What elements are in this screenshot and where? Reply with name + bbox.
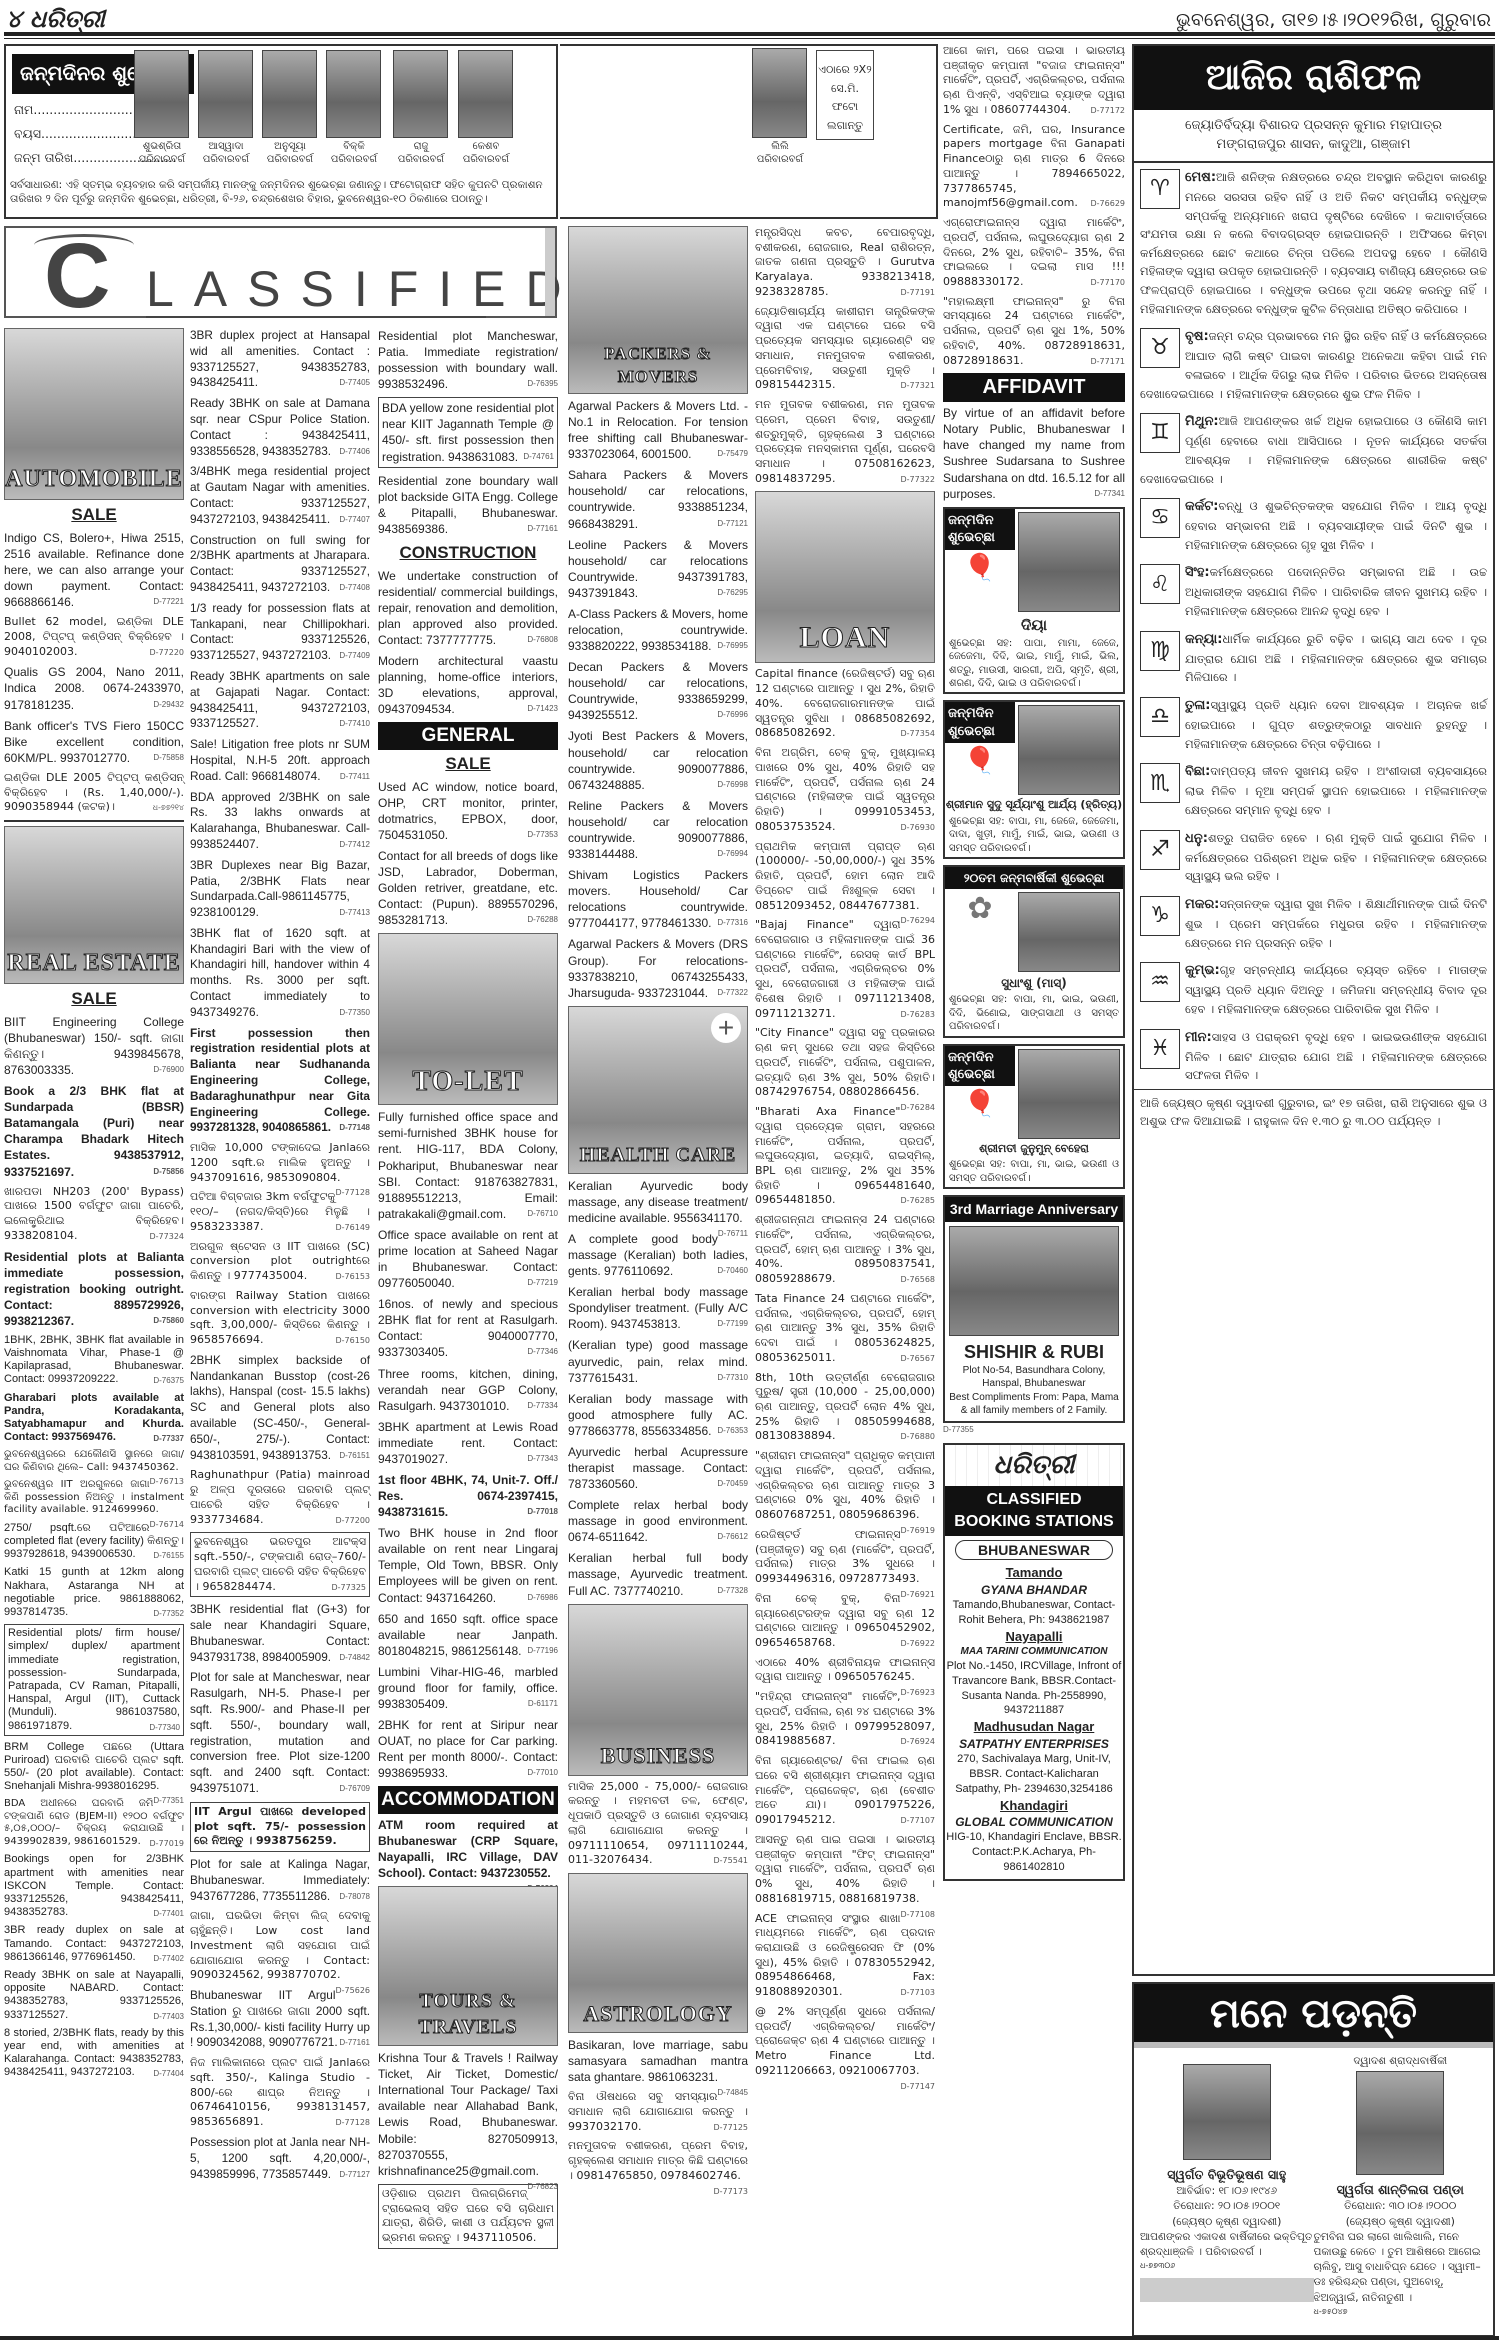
classified-ad: "Bajaj Finance" ଦ୍ୱାରା ବେରୋଜଗାର ଓ ମହିଳାମ… — [755, 918, 935, 1021]
classified-ad: "ଶ୍ରୀରାମ ଫାଇନାନ୍ସ" ପ୍ରାଧିକୃତ କମ୍ପାନୀ ଦ୍ୱ… — [755, 1449, 935, 1523]
classified-ad: Bank officer's TVS Fiero 150CC Bike exce… — [4, 718, 184, 766]
classified-ad: Keralian herbal full body massage, Ayurv… — [568, 1550, 748, 1598]
affidavit-notice: By virtue of an affidavit before Notary … — [943, 405, 1125, 501]
horoscope-scorpio: ♏ବିଛା:ଦାମ୍ପତ୍ୟ ଜୀବନ ସୁଖମୟ ରହିବ । ଅଂଶୀଦାର… — [1134, 757, 1493, 823]
ad-code: ଧ-୭୭୩୦୬ — [1140, 2260, 1314, 2272]
card-heading: ୨୦ତମ ଜନ୍ମବାର୍ଷିକୀ ଶୁଭେଚ୍ଛା — [945, 867, 1123, 889]
packers-label: PACKERS & MOVERS — [569, 343, 747, 389]
classified-ad: 3BHK apartment at Lewis Road immediate r… — [378, 1419, 558, 1467]
balloons-icon: 🎈 — [945, 1086, 1015, 1121]
classified-ad: Ready 3BHK apartments on sale at Gajapat… — [190, 669, 370, 732]
packers-image: PACKERS & MOVERS — [568, 226, 748, 394]
classified-ad: Indigo CS, Bolero+, Hiwa 2515, 2516 avai… — [4, 530, 184, 610]
classified-ad: Construction on full swing for 2/3BHK ap… — [190, 533, 370, 596]
classified-ad: ରେଜିଷ୍ଟର୍ଡ ଫାଇନାନ୍ସ (ପଞ୍ଜୀକୃତ) ସବୁ ଋଣ (ମ… — [755, 1528, 935, 1587]
classified-ad: BDA approved 2/3BHK on sale Rs. 33 lakhs… — [190, 790, 370, 853]
classified-ad: Residential plot Mancheswar, Patia. Imme… — [378, 328, 558, 392]
memorial-subtitle: ଦ୍ୱାଦଶ ଶ୍ରାଦ୍ଧବାର୍ଷିକୀ — [1314, 2054, 1488, 2069]
card-name: ଶ୍ରୀମାନ ସୁଦୁ ସୂର୍ଯ୍ୟାଂଶୁ ଆର୍ଯ୍ୟ (ହ୍ରିତ୍ୟ… — [945, 798, 1123, 813]
horoscope-gemini: ♊ମିଥୁନ:ଆଜି ଆପଣଙ୍କର ଖର୍ଚ୍ଚ ଅଧିକ ହୋଇପାରେ ଓ… — [1134, 407, 1493, 492]
classified-ad: We undertake construction of residential… — [378, 568, 558, 648]
station-details: HIG-10, Khandagiri Enclave, BBSR. Contac… — [945, 1830, 1123, 1879]
classified-ad: ବାରଙ୍ଗ Railway Station ପାଖରେ conversion … — [190, 1289, 370, 1348]
classified-ad: Krishna Tour & Travels ! Railway Ticket,… — [378, 2050, 558, 2179]
classified-ad: Possession plot at Janla near NH-5, 1200… — [190, 2135, 370, 2182]
card-wishes: ଶୁଭେଚ୍ଛା ସହ: ବାପା, ମା, ଭାଇ, ଭଉଣୀ ଓ ସମସ୍ତ… — [945, 1156, 1123, 1187]
horoscope-author: ଜ୍ୟୋତିର୍ବିଦ୍ୟା ବିଶାରଦ ପ୍ରସନ୍ନ କୁମାର ମହାପ… — [1134, 110, 1493, 163]
classified-ad: ମନ ମୁତାବକ ବଶୀକରଣ, ମନ ମୁତାବକ ପ୍ରେମ, ପ୍ରେମ… — [755, 398, 935, 486]
horoscope-pisces: ♓ମୀନ:ସାହସ ଓ ପରାକ୍ରମ ବୃଦ୍ଧି ହେବ । ଭାଇଭଉଣୀ… — [1134, 1023, 1493, 1089]
station-details: 270, Sachivalaya Marg, Unit-IV, BBSR. Co… — [945, 1752, 1123, 1797]
booking-stations-box: ଧରିତ୍ରୀ CLASSIFIED BOOKING STATIONS BHUB… — [943, 1443, 1125, 1881]
memorial-photo — [1183, 2064, 1271, 2160]
classified-ad: Ready 3BHK on sale at Nayapalli, opposit… — [4, 1969, 184, 2022]
taurus-icon: ♉ — [1140, 328, 1180, 368]
classified-ad: "ମହାଲକ୍ଷ୍ମୀ ଫାଇନାନ୍ସ" ରୁ ବିନା ସମସ୍ୟାରେ 2… — [943, 295, 1125, 369]
classified-ad: Modern architectural vaastu planning, ho… — [378, 653, 558, 717]
memorial-birth: ଆବିର୍ଭାବ: ୧୮।୦୬।୧୯୪୬ — [1140, 2184, 1314, 2199]
memorial-tithi: (ଜ୍ୟେଷ୍ଠ କୃଷ୍ଣ ଦ୍ୱାଦଶୀ) — [1314, 2215, 1488, 2230]
classified-word: LASSIFIED — [146, 256, 582, 323]
classified-ad: ଏଠାରେ 40% ଶ୍ରୀବିନାୟକ ଫାଇନାନ୍ସ ଦ୍ୱାରା ପାଆ… — [755, 1656, 935, 1685]
loan-image: LOAN — [755, 491, 935, 663]
station-name: SATPATHY ENTERPRISES — [945, 1736, 1123, 1752]
automobile-label: AUTOMOBILE — [5, 463, 183, 495]
classified-ad: Office space available on rent at prime … — [378, 1227, 558, 1291]
birthday-photo — [458, 50, 513, 138]
leo-icon: ♌ — [1140, 564, 1180, 604]
classified-ad: ମନମୁତାବକ ବଶୀକରଣ, ପ୍ରେମ ବିବାହ, ଗୃହକ୍ଲେଶ ସ… — [568, 2139, 748, 2183]
header-rule — [4, 32, 1495, 36]
couple-address: Plot No-54, Basundhara Colony, Hanspal, … — [945, 1364, 1123, 1391]
photo-caption: ଶୁଭଶ୍ରିତା ପରିବାରବର୍ଗ — [132, 140, 192, 167]
name-field[interactable]: ନାମ.......................... — [14, 102, 137, 119]
classified-ad: Bhubaneswar IIT Argul Station ରୁ ପାଖରେ ଜ… — [190, 1988, 370, 2051]
birthday-photo — [1018, 705, 1120, 795]
classified-ad: ଶ୍ରୀଜଗନ୍ନାଥ ଫାଇନାନ୍ସ 24 ଘଣ୍ଟାରେ ମାର୍କେଟି… — [755, 1213, 935, 1287]
classified-ad: 2BHK for rent at Siripur near OUAT, no p… — [378, 1717, 558, 1781]
station-details: Tamando,Bhubaneswar, Contact-Rohit Beher… — [945, 1598, 1123, 1628]
classified-ad: Tata Finance 24 ଘଣ୍ଟାରେ ମାର୍କେଟିଂ, ପର୍ସନ… — [755, 1292, 935, 1366]
column-construction-tolet: Residential plot Mancheswar, Patia. Imme… — [378, 328, 558, 2254]
grey-block — [1140, 2278, 1314, 2302]
construction-heading: CONSTRUCTION — [378, 542, 558, 565]
classified-ad: "ମହିନ୍ଦ୍ରା ଫାଇନାନ୍ସ" ମାର୍କେଟିଂ, ପ୍ରପର୍ଟି… — [755, 1690, 935, 1749]
station-area: Nayapalli — [945, 1628, 1123, 1646]
photo-caption: ଆସ୍ୱାଦା ପରିବାରବର୍ଗ — [196, 140, 256, 167]
classified-ad: Book a 2/3 BHK flat at Sundarpada (BBSR)… — [4, 1083, 184, 1179]
column-packers-health: PACKERS & MOVERS Agarwal Packers & Mover… — [568, 226, 748, 2197]
classified-ad: Contact for all breeds of dogs like JSD,… — [378, 848, 558, 928]
memorial-name: ସ୍ୱର୍ଗତ ବିଭୂତିଭୂଷଣ ସାହୁ — [1140, 2166, 1314, 2184]
accommodation-heading: ACCOMMODATION — [378, 1786, 558, 1813]
column-realestate-2: 3BR duplex project at Hansapal wid all a… — [190, 328, 370, 2187]
classified-ad: ଆସନ୍ତୁ ଋଣ ପାଇ ପଇସା । ଭାରତୀୟ ପଞ୍ଜୀକୃତ କମ୍… — [755, 1833, 935, 1907]
classified-ad: ବିନା ଚେକ୍ ବୁକ୍, ବିନା ଗ୍ୟାରେଣ୍ଟରଙ୍କ ଦ୍ୱାର… — [755, 1592, 935, 1651]
classified-ad: A-Class Packers & Movers, home relocatio… — [568, 606, 748, 654]
card-heading: ଜନ୍ମଦିନ ଶୁଭେଚ୍ଛା — [945, 702, 1015, 743]
photo-caption: ଅନୁସୂୟା ପରିବାରବର୍ଗ — [260, 140, 320, 167]
memorial-panel: ମନେ ପଡ଼ନ୍ତି ସ୍ୱର୍ଗତ ବିଭୂତିଭୂଷଣ ସାହୁ ଆବିର… — [1132, 1982, 1495, 2337]
birthday-photo — [134, 50, 189, 138]
realestate-image: REAL ESTATE — [4, 826, 184, 984]
aries-icon: ♈ — [1140, 169, 1180, 209]
anniversary-heading: 3rd Marriage Anniversary — [945, 1197, 1123, 1222]
classified-ad: @ 2% ସମ୍ପୂର୍ଣ୍ଣ ସୁଧରେ ପର୍ସନାଲ/ ପ୍ରପର୍ଟି/… — [755, 2005, 935, 2079]
classified-ad: Sale! Litigation free plots nr SUM Hospi… — [190, 737, 370, 784]
classified-ad: ନିଜ ମାଲିକାନାରେ ପ୍ଲଟ ପାଇଁ Janlaରେ sqft. 3… — [190, 2056, 370, 2130]
plus-icon: + — [711, 1013, 741, 1043]
classified-ad: Jyoti Best Packers & Movers, household/ … — [568, 728, 748, 792]
dateline: ଭୁବନେଶ୍ୱର, ତା୧୭।୫।୨୦୧୨ରିଖ, ଗୁରୁବାର — [1176, 8, 1491, 33]
general-heading: GENERAL — [378, 722, 558, 749]
ad-code: ଧ-୭୫୦୪୭ — [1314, 2306, 1488, 2318]
classified-ad: ଖାରପଡା NH203 (200' Bypass) ପାଖରେ 1500 ବର… — [4, 1185, 184, 1244]
sale-heading: SALE — [4, 504, 184, 527]
classified-ad: Agarwal Packers & Movers Ltd. - No.1 in … — [568, 398, 748, 462]
classified-ad: Decan Packers & Movers household/ car re… — [568, 659, 748, 723]
classified-ad: Reline Packers & Movers household/ car r… — [568, 798, 748, 862]
age-field[interactable]: ବୟସ.......................... — [14, 126, 144, 143]
divider — [4, 820, 184, 822]
card-wishes: ଶୁଭେଚ୍ଛା ସହ: ବାପା, ମା, ଭାଇ, ଭଉଣୀ, ଦିଦି, … — [945, 991, 1123, 1035]
classified-ad: ଜାଗା, ଘରଭିଡା କିମ୍ବା ଲିଜ୍ ଦେବାକୁ ଚାହୁଁଛନ୍… — [190, 1909, 370, 1983]
business-image: BUSINESS — [568, 1604, 748, 1776]
card-name: ସୁଧାଂଶୁ (ମାସ୍) — [945, 975, 1123, 991]
station-name: GLOBAL COMMUNICATION — [945, 1814, 1123, 1830]
classified-ad: 8 storied, 2/3BHK flats, ready by this y… — [4, 2027, 184, 2080]
healthcare-image: + HEALTH CARE — [568, 1006, 748, 1174]
astrology-image: ASTROLOGY — [568, 1873, 748, 2033]
horoscope-sagittarius: ♐ଧନୁ:ଶତ୍ରୁ ପରାଜିତ ହେବେ । ଋଣ ମୁକ୍ତି ପାଇଁ … — [1134, 824, 1493, 890]
memorial-left: ସ୍ୱର୍ଗତ ବିଭୂତିଭୂଷଣ ସାହୁ ଆବିର୍ଭାବ: ୧୮।୦୬।… — [1140, 2054, 1314, 2317]
classified-ad: Complete relax herbal body massage in go… — [568, 1497, 748, 1545]
classified-ad: ଆଗେ କାମ, ପରେ ପଇସା । ଭାରତୀୟ ପଞ୍ଜୀକୃତ କମ୍ପ… — [943, 44, 1125, 118]
classified-initial: C — [44, 230, 110, 322]
sale-heading: SALE — [378, 753, 558, 776]
classified-ad: 1/3 ready for possession flats at Tankap… — [190, 601, 370, 664]
classified-ad: Qualis GS 2004, Nano 2011, Indica 2008. … — [4, 664, 184, 712]
libra-icon: ♎ — [1140, 697, 1180, 737]
ad-code: D-77355 — [943, 1425, 1125, 1436]
masthead: ୪ ଧରିତ୍ରୀ ଭୁବନେଶ୍ୱର, ତା୧୭।୫।୨୦୧୨ରିଖ, ଗୁର… — [0, 0, 1499, 40]
classified-ad: 3/4BHK mega residential project at Gauta… — [190, 464, 370, 527]
healthcare-label: HEALTH CARE — [569, 1142, 747, 1169]
classified-ad: ଅରଗୁଳ ଷ୍ଟେସନ ଓ IIT ପାଖରେ (SC) conversion… — [190, 1240, 370, 1284]
horoscope-panel: ଆଜିର ରାଶିଫଳ ଜ୍ୟୋତିର୍ବିଦ୍ୟା ବିଶାରଦ ପ୍ରସନ୍… — [1132, 44, 1495, 1976]
classified-ad: Leoline Packers & Movers household/ car … — [568, 537, 748, 601]
horoscope-cancer: ♋କର୍କଟ:ବନ୍ଧୁ ଓ ଶୁଭଚିନ୍ତକଙ୍କ ସହଯୋଗ ମିଳିବ … — [1134, 492, 1493, 558]
scorpio-icon: ♏ — [1140, 763, 1180, 803]
business-label: BUSINESS — [569, 1741, 747, 1770]
classified-ad: Certificate, ଜମି, ଘର, Insurance papers m… — [943, 123, 1125, 211]
classified-ad: BIIT Engineering College (Bhubaneswar) 1… — [4, 1014, 184, 1078]
card-wishes: ଶୁଭେଚ୍ଛା ସହ: ବାପା, ମା, ଜେଜେ, ଜେଜେମା, ଦାଦ… — [945, 813, 1123, 857]
classified-ad: 650 and 1650 sqft. office space availabl… — [378, 1611, 558, 1659]
classified-ad: Ready 3BHK on sale at Damana sqr. near C… — [190, 396, 370, 459]
classified-ad-boxed: IIT Argul ପାଖରେ developed plot sqft. 75/… — [190, 1802, 370, 1852]
cancer-icon: ♋ — [1140, 498, 1180, 538]
classified-ad: 3BR duplex project at Hansapal wid all a… — [190, 328, 370, 391]
birthday-card: ଜନ୍ମଦିନ ଶୁଭେଚ୍ଛା 🎈 ଦିୟା ଶୁଭେଚ୍ଛା ସହ: ପାପ… — [943, 507, 1125, 695]
birthday-photo — [198, 50, 253, 138]
card-heading: ଜନ୍ମଦିନ ଶୁଭେଚ୍ଛା — [945, 1046, 1015, 1087]
banner-edge — [545, 228, 555, 316]
classified-banner: C LASSIFIED — [4, 226, 557, 318]
footer-rule — [0, 2336, 1499, 2340]
photo-caption: ରାଜୁ ପରିବାରବର୍ଗ — [391, 140, 451, 167]
loan-label: LOAN — [756, 618, 934, 658]
classified-ad: ATM room required at Bhubaneswar (CRP Sq… — [378, 1817, 558, 1881]
classified-ad: ମାସିକ 10,000 ଟଙ୍କାଦେଇ Janlaରେ 1200 sqft.… — [190, 1141, 370, 1185]
station-name: MAA TARINI COMMUNICATION — [945, 1645, 1123, 1659]
couple-names: SHISHIR & RUBI — [945, 1340, 1123, 1364]
classified-ad: (Keralian type) good massage ayurvedic, … — [568, 1337, 748, 1385]
classified-ad-boxed: BDA yellow zone residential plot near KI… — [378, 397, 558, 467]
classified-ad: 3BHK flat of 1620 sqft. at Khandagiri Ba… — [190, 926, 370, 1021]
astrology-label: ASTROLOGY — [569, 1999, 747, 2028]
pisces-icon: ♓ — [1140, 1029, 1180, 1069]
classified-ad-boxed: Residential plots/ firm house/ simplex/ … — [4, 1624, 184, 1736]
memorial-message: ଆପଣଙ୍କର ଏକାଦଶ ବାର୍ଷିକୀରେ ଭକ୍ତିପୂତ ଶ୍ରଦ୍ଧ… — [1140, 2230, 1314, 2260]
horoscope-aries: ♈ମେଷ:ଆଜି ଶନିଙ୍କ ନକ୍ଷତ୍ରରେ ଚନ୍ଦ୍ର ଅବସ୍ଥାନ… — [1134, 163, 1493, 322]
classified-ad: Two BHK house in 2nd floor available on … — [378, 1525, 558, 1605]
horoscope-virgo: ♍କନ୍ୟା:ଧାର୍ମିକ କାର୍ଯ୍ୟରେ ରୁଚି ବଢ଼ିବ । ଭା… — [1134, 625, 1493, 691]
classified-ad: ବିନା ଗ୍ୟାରେଣ୍ଟର/ ବିନା ଫାଇଲ ଋଣ ଘରେ ବସି ଶ୍… — [755, 1754, 935, 1828]
realestate-label: REAL ESTATE — [5, 947, 183, 979]
anniversary-card: 3rd Marriage Anniversary SHISHIR & RUBI … — [943, 1195, 1125, 1422]
birthday-photo — [1018, 892, 1120, 972]
classified-ad: ACE ଫାଇନାନ୍ସ ସଂସ୍ଥାର ଶାଖା ମାଧ୍ୟମରେ ମାର୍କ… — [755, 1912, 935, 2000]
classified-ad: 1st floor 4BHK, 74, Unit-7. Off./ Res. 0… — [378, 1472, 558, 1520]
memorial-photo — [1356, 2071, 1444, 2175]
classified-ad: Lumbini Vihar-HIG-46, marbled ground flo… — [378, 1664, 558, 1712]
station-name: GYANA BHANDAR — [945, 1582, 1123, 1598]
birthday-coupon-border — [560, 44, 938, 219]
classified-ad: Bookings open for 2/3BHK apartment with … — [4, 1853, 184, 1919]
photo-caption: କେଶବ ପରିବାରବର୍ଗ — [456, 140, 516, 167]
classified-ad: BRM College ପଛରେ (Uttara Puriroad) ଘରବାର… — [4, 1741, 184, 1794]
classified-underline — [146, 316, 486, 318]
birthday-photo — [1018, 512, 1120, 612]
classified-ad: ବିନା ଅଗ୍ରିମ, ଚେକ୍ ବୁକ୍, ମୁଖ୍ୟାଳୟ ପାଖରେ 0… — [755, 746, 935, 834]
classified-ad: Capital finance (ରେଜିଷ୍ଟର୍ଡ) ସବୁ ଋଣ 12 ଘ… — [755, 667, 935, 741]
virgo-icon: ♍ — [1140, 631, 1180, 671]
classified-ad: ଭୁବନେଶ୍ୱରରେ ଯେକୌଣସି ସ୍ଥାନରେ ଜାଗା/ ଘର କିଣ… — [4, 1449, 184, 1474]
classified-ad: Basikaran, love marriage, sabu samasyara… — [568, 2037, 748, 2085]
classified-ad: ମନ୍ତ୍ରସିଦ୍ଧ କବଚ, ବେପାରବୃଦ୍ଧି, ବଶୀକରଣ, ରୋ… — [755, 226, 935, 300]
memorial-right: ଦ୍ୱାଦଶ ଶ୍ରାଦ୍ଧବାର୍ଷିକୀ ସ୍ୱର୍ଗତା ଶାନ୍ତିଲତ… — [1314, 2054, 1488, 2317]
tolet-image: TO-LET — [378, 933, 558, 1105]
header-rule-thin — [4, 38, 1495, 39]
classified-ad: Bullet 62 model, ଇଣ୍ଡିକା DLE 2008, ଟିପ୍‌… — [4, 615, 184, 659]
classified-ad: ଏଗ୍ରୋଫାଇନାନ୍ସ ଦ୍ୱାରା ମାର୍କେଟିଂ, ପ୍ରପର୍ଟି… — [943, 216, 1125, 290]
classified-ad: ଇଣ୍ଡିକା DLE 2005 ଟିପ୍‌ଟପ୍ କଣ୍ଡିସନ୍ ବିକ୍ର… — [4, 771, 184, 815]
photo-caption: ବିକ୍କି ପରିବାରବର୍ଗ — [324, 140, 384, 167]
birthday-photo — [326, 50, 381, 138]
couple-photo — [949, 1226, 1119, 1336]
birthday-card: ଜନ୍ମଦିନ ଶୁଭେଚ୍ଛା 🎈 ଶ୍ରୀମତୀ ଜୁନୁମୁନ୍ ବେହେ… — [943, 1044, 1125, 1190]
classified-ad: 3BR ready duplex on sale at Tamando. Con… — [4, 1924, 184, 1964]
classified-ad: First possession then registration resid… — [190, 1026, 370, 1137]
classified-ad: Residential plots at Balianta immediate … — [4, 1249, 184, 1329]
classified-ad: 2BHK simplex backside of Nandankanan Bus… — [190, 1353, 370, 1464]
classified-ad: Ayurvedic herbal Acupressure therapist m… — [568, 1444, 748, 1492]
horoscope-aquarius: ♒କୁମ୍ଭ:ଗୃହ ସମ୍ବନ୍ଧୀୟ କାର୍ଯ୍ୟରେ ବ୍ୟସ୍ତ ରହ… — [1134, 956, 1493, 1022]
classified-ad: 16nos. of newly and specious 2BHK flat f… — [378, 1296, 558, 1360]
classified-ad: Three rooms, kitchen, dining, verandah n… — [378, 1366, 558, 1414]
station-area: Madhusudan Nagar — [945, 1718, 1123, 1736]
horoscope-libra: ♎ତୁଳା:ସ୍ୱାସ୍ଥ୍ୟ ପ୍ରତି ଧ୍ୟାନ ଦେବା ଆବଶ୍ୟକ … — [1134, 691, 1493, 757]
classified-ad: "City Finance" ଦ୍ୱାରା ସବୁ ପ୍ରକାରର ଋଣ କମ୍… — [755, 1026, 935, 1100]
classified-ad: 3BR Duplexes near Big Bazar, Patia, 2/3B… — [190, 858, 370, 921]
memorial-death: ତିରୋଧାନ: ୩୦।୦୫।୨୦୦୦ — [1314, 2199, 1488, 2214]
gemini-icon: ♊ — [1140, 413, 1180, 453]
classified-ad: 3BHK residential flat (G+3) for sale nea… — [190, 1602, 370, 1665]
memorial-message: ତୁମବିନା ଘର ଲାଗେ ଖାଲିଖାଲି, ମନେ ପକାଉଛୁ କେତ… — [1314, 2230, 1488, 2306]
birthday-photo — [393, 50, 448, 138]
station-area: Tamando — [945, 1564, 1123, 1582]
classified-ad: Gharabari plots available at Pandra, Kor… — [4, 1392, 184, 1445]
horoscope-capricorn: ♑ମକର:ସନ୍ତାନଙ୍କ ଦ୍ୱାରା ସୁଖ ମିଳିବ । ଶିକ୍ଷା… — [1134, 890, 1493, 956]
classified-ad: Plot for sale at Mancheswar, near Rasulg… — [190, 1670, 370, 1796]
memorial-title: ମନେ ପଡ଼ନ୍ତି — [1134, 1984, 1493, 2048]
horoscope-taurus: ♉ବୃଷ:ଜନ୍ମ ଚନ୍ଦ୍ର ପ୍ରଭାବରେ ମନ ସ୍ଥିର ରହିବ … — [1134, 322, 1493, 407]
birthday-photo — [262, 50, 317, 138]
travel-label: TOURS & TRAVELS — [379, 1988, 557, 2042]
classified-ad: Keralian body massage with good atmosphe… — [568, 1391, 748, 1439]
classified-ad: ପ୍ରାଥମିକ କମ୍ପାନୀ ପ୍ରାପ୍ତ ଋଣ (100000/- -5… — [755, 840, 935, 914]
station-area: Khandagiri — [945, 1797, 1123, 1815]
classified-ad-boxed: ଓଡ଼ିଶାର ପ୍ରଥମ ପିଲଗ୍ରିମେଜ୍ ଟ୍ରାଭେଲସ୍ ସହିତ… — [378, 2184, 558, 2249]
balloons-icon: 🎈 — [945, 743, 1015, 778]
classified-ad: Shivam Logistics Packers movers. Househo… — [568, 867, 748, 931]
aquarius-icon: ♒ — [1140, 962, 1180, 1002]
classified-ad: ମାସିକ 25,000 - 75,000/- ରୋଜଗାର କରନ୍ତୁ । … — [568, 1780, 748, 1868]
classified-ad: Keralian Ayurvedic body massage, any dis… — [568, 1178, 748, 1226]
compliments: Best Compliments From: Papa, Mama & all … — [945, 1391, 1123, 1421]
affidavit-heading: AFFIDAVIT — [943, 373, 1125, 402]
classified-ad: 8th, 10th ଉତ୍ତୀର୍ଣ୍ଣ ବେରୋଜଗାର ପୁରୁଷ/ ସ୍ତ… — [755, 1371, 935, 1445]
booking-subtitle: BOOKING STATIONS — [945, 1511, 1123, 1533]
classified-ad: Residential zone boundary wall plot back… — [378, 473, 558, 537]
birthday-coupon-note: ସର୍ବସାଧାରଣ: ଏହି ସ୍ତମ୍ଭ ବ୍ୟବହାର କରି ସମ୍ପର… — [4, 176, 558, 208]
city-badge: BHUBANESWAR — [955, 1540, 1113, 1561]
card-name: ଦିୟା — [945, 615, 1123, 635]
horoscope-footer: ଆଜି ଜ୍ୟେଷ୍ଠ କୃଷ୍ଣ ଦ୍ୱାଦଶୀ ଗୁରୁବାର, ଇଂ ୧୭… — [1134, 1089, 1493, 1135]
column-automobile-realestate: AUTOMOBILE SALE Indigo CS, Bolero+, Hiwa… — [4, 328, 184, 2084]
birthday-card: ଜନ୍ମଦିନ ଶୁଭେଚ୍ଛା 🎈 ଶ୍ରୀମାନ ସୁଦୁ ସୂର୍ଯ୍ୟା… — [943, 700, 1125, 859]
author-place: ମଙ୍ଗରାଜପୁର ଶାସନ, କାଦୁଆ, ଗଞ୍ଜାମ — [1134, 135, 1493, 155]
classified-ad: Plot for sale at Kalinga Nagar, Bhubanes… — [190, 1857, 370, 1904]
birthday-card: ୨୦ତମ ଜନ୍ମବାର୍ଷିକୀ ଶୁଭେଚ୍ଛା ✿ ସୁଧାଂଶୁ (ମା… — [943, 865, 1125, 1037]
horoscope-leo: ♌ସିଂହ:କର୍ମକ୍ଷେତ୍ରରେ ପଦୋନ୍ନତିର ସମ୍ଭାବନା ଅ… — [1134, 558, 1493, 624]
birthday-photo — [1018, 1049, 1120, 1139]
horoscope-title: ଆଜିର ରାଶିଫଳ — [1134, 46, 1493, 110]
classified-ad: Fully furnished office space and semi-fu… — [378, 1109, 558, 1222]
author-name: ଜ୍ୟୋତିର୍ବିଦ୍ୟା ବିଶାରଦ ପ୍ରସନ୍ନ କୁମାର ମହାପ… — [1134, 116, 1493, 136]
capricorn-icon: ♑ — [1140, 896, 1180, 936]
dharitri-logo: ଧରିତ୍ରୀ — [945, 1445, 1123, 1486]
memorial-tithi: (ଜ୍ୟେଷ୍ଠ କୃଷ୍ଣ ଦ୍ୱାଦଶୀ) — [1140, 2215, 1314, 2230]
travel-image: TOURS & TRAVELS — [378, 1886, 558, 2046]
station-details: Plot No.-1450, IRCVillage, Infront of Tr… — [945, 1659, 1123, 1718]
balloons-icon: 🎈 — [945, 550, 1015, 585]
column-affidavit-greetings: ଆଗେ କାମ, ପରେ ପଇସା । ଭାରତୀୟ ପଞ୍ଜୀକୃତ କମ୍ପ… — [943, 44, 1125, 1881]
booking-title: CLASSIFIED — [945, 1489, 1123, 1511]
classified-ad: 1BHK, 2BHK, 3BHK flat available in Vaish… — [4, 1334, 184, 1387]
classified-ad: Katki 15 gunth at 12km along Nakhara, As… — [4, 1566, 184, 1619]
tolet-label: TO-LET — [379, 1063, 557, 1101]
classified-ad: Agarwal Packers & Movers (DRS Group). Fo… — [568, 936, 748, 1000]
card-wishes: ଶୁଭେଚ୍ଛା ସହ: ପାପା, ମାମା, ଜେଜେ, ଜେଜେମା, ଦ… — [945, 635, 1123, 693]
card-heading: ଜନ୍ମଦିନ ଶୁଭେଚ୍ଛା — [945, 509, 1015, 550]
classified-ad: Keralian herbal body massage Spondyliser… — [568, 1284, 748, 1332]
column-astro-loan: ମନ୍ତ୍ରସିଦ୍ଧ କବଚ, ବେପାରବୃଦ୍ଧି, ବଶୀକରଣ, ରୋ… — [755, 226, 935, 2092]
classified-ad: ଜ୍ୟୋତିଷାଚାର୍ଯ୍ୟ କାଶୀରାମ ତାନ୍ତ୍ରିକଙ୍କ ଦ୍ୱ… — [755, 305, 935, 393]
classified-ad: Used AC window, notice board, OHP, CRT m… — [378, 779, 558, 843]
classified-ad: "Bharati Axa Finance" ଦ୍ୱାରା ପ୍ରତ୍ୟେକ ଗ୍… — [755, 1105, 935, 1208]
memorial-name: ସ୍ୱର୍ଗତା ଶାନ୍ତିଲତା ପଣ୍ଡା — [1314, 2181, 1488, 2199]
sale-heading: SALE — [4, 988, 184, 1011]
classified-ad: Raghunathpur (Patia) mainroad ରୁ ଅଳ୍ପ ଦୂ… — [190, 1468, 370, 1527]
classified-ad-boxed: ଭୁବନେଶ୍ୱର ଭରତପୁର ଆଟକ୍ସ sqft.-550/-, ଟଙ୍କ… — [190, 1532, 370, 1597]
card-name: ଶ୍ରୀମତୀ ଜୁନୁମୁନ୍ ବେହେରା — [945, 1142, 1123, 1157]
sagittarius-icon: ♐ — [1140, 830, 1180, 870]
memorial-death: ତିରୋଧାନ: ୨୦।୦୫।୨୦୦୧ — [1140, 2199, 1314, 2214]
flower-icon: ✿ — [945, 889, 1015, 975]
automobile-image: AUTOMOBILE — [4, 328, 184, 500]
classified-ad: Sahara Packers & Movers household/ car r… — [568, 467, 748, 531]
